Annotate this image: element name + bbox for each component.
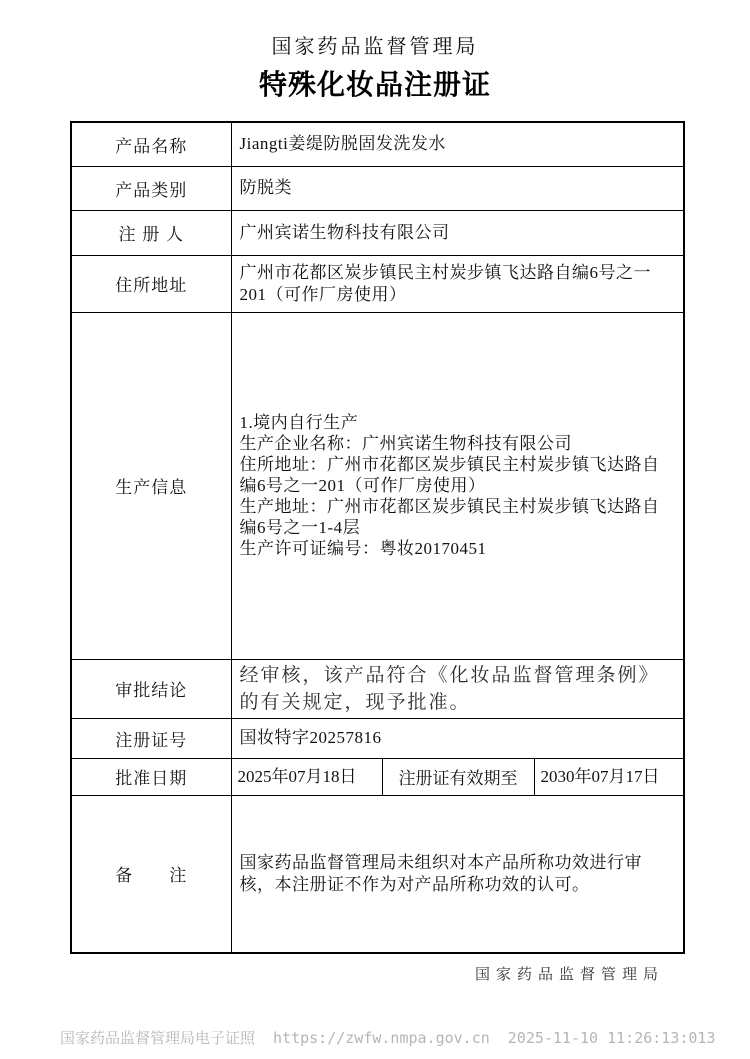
approval-conclusion-value: 经审核，该产品符合《化妆品监督管理条例》的有关规定，现予批准。 [231, 659, 684, 718]
approval-date-value: 2025年07月18日 [231, 758, 382, 795]
row-product-category: 产品类别 防脱类 [71, 166, 684, 210]
registration-number-value: 国妆特字20257816 [231, 718, 684, 758]
certificate-header: 国家药品监督管理局 特殊化妆品注册证 [0, 30, 750, 103]
registrant-label: 注 册 人 [71, 210, 231, 255]
row-approval-conclusion: 审批结论 经审核，该产品符合《化妆品监督管理条例》的有关规定，现予批准。 [71, 659, 684, 718]
approval-date-label: 批准日期 [71, 758, 231, 795]
production-line-type: 1.境内自行生产 [240, 412, 676, 433]
row-remarks: 备 注 国家药品监督管理局未组织对本产品所称功效进行审核，本注册证不作为对产品所… [71, 795, 684, 953]
footer-license-label: 国家药品监督管理局电子证照 [60, 1029, 255, 1047]
electronic-license-footer: 国家药品监督管理局电子证照https://zwfw.nmpa.gov.cn202… [60, 1027, 720, 1048]
row-product-name: 产品名称 Jiangti姜缇防脱固发洗发水 [71, 122, 684, 166]
registrant-value: 广州宾诺生物科技有限公司 [231, 210, 684, 255]
footer-url: https://zwfw.nmpa.gov.cn [273, 1029, 490, 1047]
row-production-info: 生产信息 1.境内自行生产 生产企业名称：广州宾诺生物科技有限公司 住所地址：广… [71, 312, 684, 659]
production-line-company: 生产企业名称：广州宾诺生物科技有限公司 [240, 433, 676, 454]
approval-conclusion-label: 审批结论 [71, 659, 231, 718]
footer-timestamp: 2025-11-10 11:26:13:013 [508, 1029, 716, 1047]
product-category-label: 产品类别 [71, 166, 231, 210]
registered-address-label: 住所地址 [71, 255, 231, 312]
issuing-agency-name: 国家药品监督管理局 [0, 30, 750, 59]
product-category-value: 防脱类 [231, 166, 684, 210]
product-name-value: Jiangti姜缇防脱固发洗发水 [231, 122, 684, 166]
certificate-title: 特殊化妆品注册证 [0, 63, 750, 103]
certificate-table: 产品名称 Jiangti姜缇防脱固发洗发水 产品类别 防脱类 注 册 人 广州宾… [70, 121, 685, 954]
product-name-label: 产品名称 [71, 122, 231, 166]
production-line-site: 生产地址：广州市花都区炭步镇民主村炭步镇飞达路自编6号之一1-4层 [240, 496, 676, 538]
remarks-label: 备 注 [71, 795, 231, 953]
row-registered-address: 住所地址 广州市花都区炭步镇民主村炭步镇飞达路自编6号之一201（可作厂房使用） [71, 255, 684, 312]
registration-number-label: 注册证号 [71, 718, 231, 758]
production-info-label: 生产信息 [71, 312, 231, 659]
production-line-address: 住所地址：广州市花都区炭步镇民主村炭步镇飞达路自编6号之一201（可作厂房使用） [240, 454, 676, 496]
row-registrant: 注 册 人 广州宾诺生物科技有限公司 [71, 210, 684, 255]
registered-address-value: 广州市花都区炭步镇民主村炭步镇飞达路自编6号之一201（可作厂房使用） [231, 255, 684, 312]
row-registration-number: 注册证号 国妆特字20257816 [71, 718, 684, 758]
remarks-value: 国家药品监督管理局未组织对本产品所称功效进行审核，本注册证不作为对产品所称功效的… [231, 795, 684, 953]
valid-until-value: 2030年07月17日 [534, 758, 684, 795]
production-info-value: 1.境内自行生产 生产企业名称：广州宾诺生物科技有限公司 住所地址：广州市花都区… [231, 312, 684, 659]
production-line-license: 生产许可证编号：粤妆20170451 [240, 538, 676, 559]
validity-period-label: 注册证有效期至 [382, 758, 534, 795]
certificate-page: 国家药品监督管理局 特殊化妆品注册证 产品名称 Jiangti姜缇防脱固发洗发水… [0, 0, 750, 1059]
row-approval-date: 批准日期 2025年07月18日 注册证有效期至 2030年07月17日 [71, 758, 684, 795]
issuing-agency-signature: 国家药品监督管理局 [475, 963, 664, 984]
